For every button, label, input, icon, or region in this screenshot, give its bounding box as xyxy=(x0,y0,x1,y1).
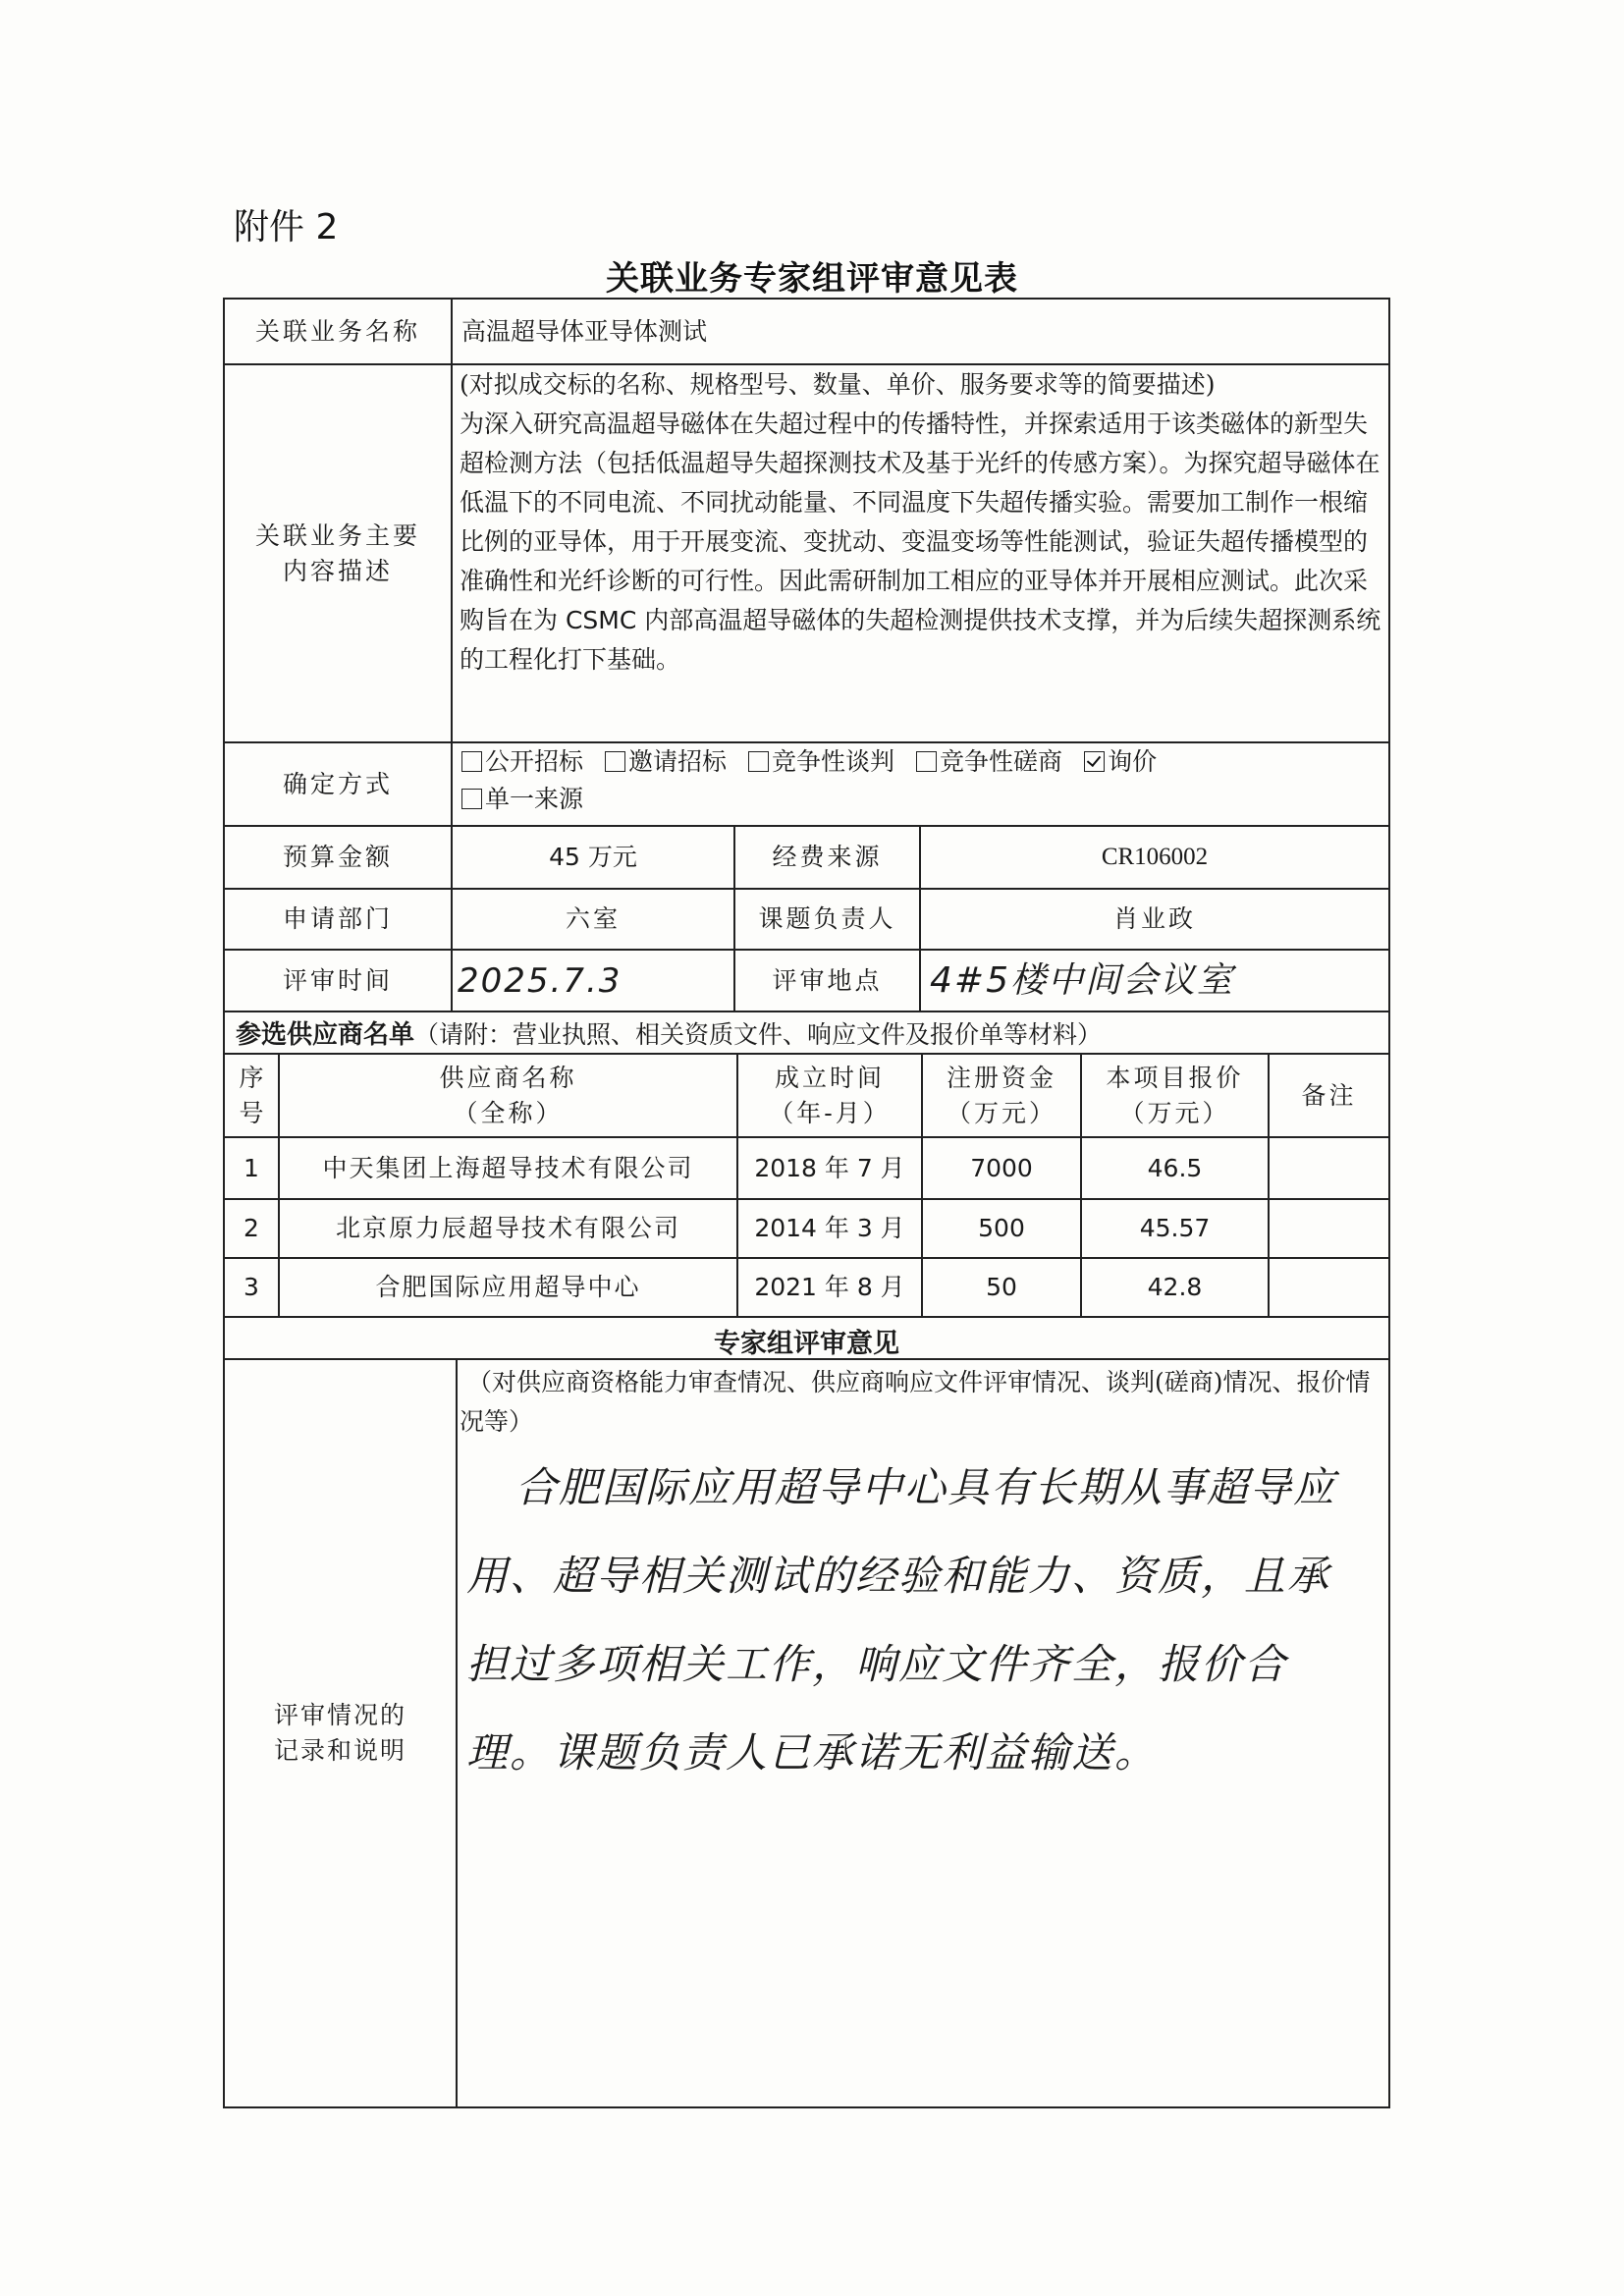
col-quote-line2: （万元） xyxy=(1119,1096,1229,1131)
method-options: 公开招标邀请招标竞争性谈判竞争性磋商询价单一来源 xyxy=(461,743,1384,818)
col-index-header: 序 号 xyxy=(224,1054,279,1137)
review-place-label: 评审地点 xyxy=(734,950,920,1011)
checkbox-icon[interactable] xyxy=(748,751,769,772)
description-label-line2: 内容描述 xyxy=(283,554,393,589)
record-label-line2: 记录和说明 xyxy=(274,1733,406,1769)
checkbox-icon[interactable] xyxy=(461,789,482,809)
row-capital: 7000 xyxy=(922,1137,1081,1199)
fund-source-label: 经费来源 xyxy=(734,826,920,889)
method-option-label: 竞争性磋商 xyxy=(940,747,1062,776)
review-time-label: 评审时间 xyxy=(224,950,452,1011)
checkbox-icon[interactable] xyxy=(461,751,482,772)
project-leader-value: 肖业政 xyxy=(920,889,1389,950)
method-option-label: 邀请招标 xyxy=(628,747,727,776)
checked-checkbox-icon[interactable] xyxy=(1084,751,1105,772)
supplier-section-note: （请附：营业执照、相关资质文件、响应文件及报价单等材料） xyxy=(414,1020,1102,1049)
description-label-line1: 关联业务主要 xyxy=(255,519,420,554)
description-hint: (对拟成交标的名称、规格型号、数量、单价、服务要求等的简要描述) xyxy=(460,365,1382,405)
budget-value: 45 万元 xyxy=(452,826,734,889)
col-name-header: 供应商名称 （全称） xyxy=(279,1054,737,1137)
row-capital: 50 xyxy=(922,1258,1081,1317)
fund-source-value: CR106002 xyxy=(920,826,1389,889)
row-founded: 2014 年 3 月 xyxy=(737,1199,922,1258)
col-name-line1: 供应商名称 xyxy=(439,1061,576,1096)
budget-label: 预算金额 xyxy=(224,826,452,889)
col-capital-line1: 注册资金 xyxy=(947,1061,1056,1096)
method-option-label: 单一来源 xyxy=(485,785,583,813)
row-remark xyxy=(1269,1258,1389,1317)
checkbox-icon[interactable] xyxy=(605,751,625,772)
supplier-section-title: 参选供应商名单 xyxy=(236,1020,414,1050)
method-option-label: 竞争性谈判 xyxy=(772,747,894,776)
record-label: 评审情况的 记录和说明 xyxy=(224,1359,457,2107)
col-quote-line1: 本项目报价 xyxy=(1106,1061,1243,1096)
col-founded-header: 成立时间 （年-月） xyxy=(737,1054,922,1137)
method-option[interactable]: 询价 xyxy=(1084,743,1157,781)
row-remark xyxy=(1269,1137,1389,1199)
review-hint: （对供应商资格能力审查情况、供应商响应文件评审情况、谈判(磋商)情况、报价情况等… xyxy=(460,1363,1387,1442)
row-capital: 500 xyxy=(922,1199,1081,1258)
description-text: 为深入研究高温超导磁体在失超过程中的传播特性，并探索适用于该类磁体的新型失超检测… xyxy=(460,405,1382,680)
row-remark xyxy=(1269,1199,1389,1258)
record-label-line1: 评审情况的 xyxy=(274,1698,406,1733)
method-option[interactable]: 邀请招标 xyxy=(605,743,727,781)
method-option[interactable]: 单一来源 xyxy=(461,781,583,818)
col-index-line2: 号 xyxy=(239,1096,263,1131)
col-founded-line2: （年-月） xyxy=(769,1096,890,1131)
row-supplier-name: 北京原力辰超导技术有限公司 xyxy=(279,1199,737,1258)
document-title: 关联业务专家组评审意见表 xyxy=(0,251,1624,300)
row-quote: 45.57 xyxy=(1081,1199,1269,1258)
row-quote: 46.5 xyxy=(1081,1137,1269,1199)
method-option[interactable]: 竞争性谈判 xyxy=(748,743,894,781)
method-option[interactable]: 竞争性磋商 xyxy=(916,743,1062,781)
row-founded: 2021 年 8 月 xyxy=(737,1258,922,1317)
method-option-label: 公开招标 xyxy=(485,747,583,776)
col-remark-header: 备注 xyxy=(1269,1054,1389,1137)
business-name-value: 高温超导体亚导体测试 xyxy=(452,299,1389,364)
project-leader-label: 课题负责人 xyxy=(734,889,920,950)
col-index-line1: 序 xyxy=(239,1061,263,1096)
col-founded-line1: 成立时间 xyxy=(775,1061,885,1096)
review-place-value: 4#5楼中间会议室 xyxy=(920,950,1389,1011)
checkbox-icon[interactable] xyxy=(916,751,937,772)
method-option-label: 询价 xyxy=(1108,747,1157,776)
col-name-line2: （全称） xyxy=(453,1096,563,1131)
method-option[interactable]: 公开招标 xyxy=(461,743,583,781)
row-index: 2 xyxy=(224,1199,279,1258)
row-index: 1 xyxy=(224,1137,279,1199)
col-capital-line2: （万元） xyxy=(947,1096,1056,1131)
review-time-value: 2025.7.3 xyxy=(452,950,734,1011)
supplier-section-header: 参选供应商名单（请附：营业执照、相关资质文件、响应文件及报价单等材料） xyxy=(236,1014,1102,1051)
col-capital-header: 注册资金 （万元） xyxy=(922,1054,1081,1137)
row-supplier-name: 中天集团上海超导技术有限公司 xyxy=(279,1137,737,1199)
method-label: 确定方式 xyxy=(224,742,452,826)
row-founded: 2018 年 7 月 xyxy=(737,1137,922,1199)
expert-review-title: 专家组评审意见 xyxy=(224,1322,1389,1360)
handwritten-opinion: 合肥国际应用超导中心具有长期从事超导应用、超导相关测试的经验和能力、资质，且承担… xyxy=(466,1444,1370,1797)
department-label: 申请部门 xyxy=(224,889,452,950)
row-supplier-name: 合肥国际应用超导中心 xyxy=(279,1258,737,1317)
description-content: (对拟成交标的名称、规格型号、数量、单价、服务要求等的简要描述) 为深入研究高温… xyxy=(460,365,1382,680)
description-label: 关联业务主要 内容描述 xyxy=(224,364,452,742)
row-index: 3 xyxy=(224,1258,279,1317)
attachment-label: 附件 2 xyxy=(234,199,338,249)
col-quote-header: 本项目报价 （万元） xyxy=(1081,1054,1269,1137)
row-quote: 42.8 xyxy=(1081,1258,1269,1317)
business-name-label: 关联业务名称 xyxy=(224,299,452,364)
department-value: 六室 xyxy=(452,889,734,950)
